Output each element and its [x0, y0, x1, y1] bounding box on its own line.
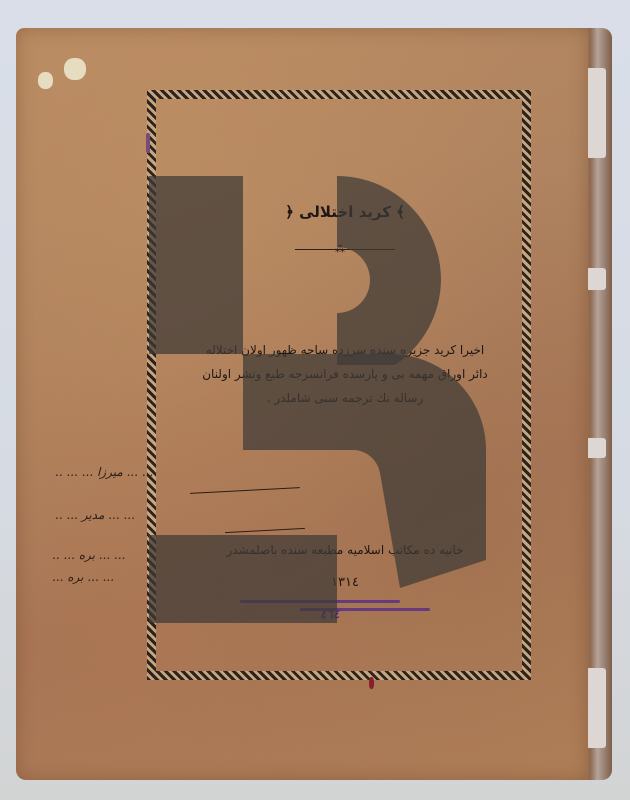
paper-damage: [38, 72, 53, 89]
spine-wear: [586, 68, 606, 158]
title-divider: [295, 249, 395, 250]
spine-wear: [586, 268, 606, 290]
publication-year: ١٣١٤: [180, 575, 510, 590]
red-wax-mark: [369, 677, 374, 689]
purple-ink-stroke: [240, 600, 400, 603]
handwritten-note: ... ... بره ...: [52, 570, 114, 584]
description-line: رساله نك ترجمه سنى شاملدر .: [180, 386, 510, 410]
description-line: اخيرا كريد جزيره سنده سرزده ساحه ظهور او…: [180, 338, 510, 362]
spine-wear: [586, 438, 606, 458]
imprint-line: خانيه ده مكاتب اسلاميه مطبعه سنده باصلمش…: [180, 543, 510, 557]
purple-stamp-number: ٤٦٤: [320, 607, 339, 621]
cover-description: اخيرا كريد جزيره سنده سرزده ساحه ظهور او…: [180, 338, 510, 410]
cover-title: ﴾ كريد اختلالى ﴿: [180, 203, 510, 221]
handwritten-note: ... ... ميرزا ... ... ..: [55, 465, 153, 479]
handwritten-note: ... ... بره ... ..: [52, 548, 125, 562]
title-divider-ornament: ⁂: [335, 244, 345, 255]
paper-damage: [64, 58, 86, 80]
description-line: دائر اوراق مهمه بى و پارسده فرانسزجه طبع…: [180, 362, 510, 386]
ink-mark: [146, 133, 150, 153]
spine-wear: [586, 668, 606, 748]
handwritten-note: ... ... مدير ... ..: [55, 508, 135, 522]
